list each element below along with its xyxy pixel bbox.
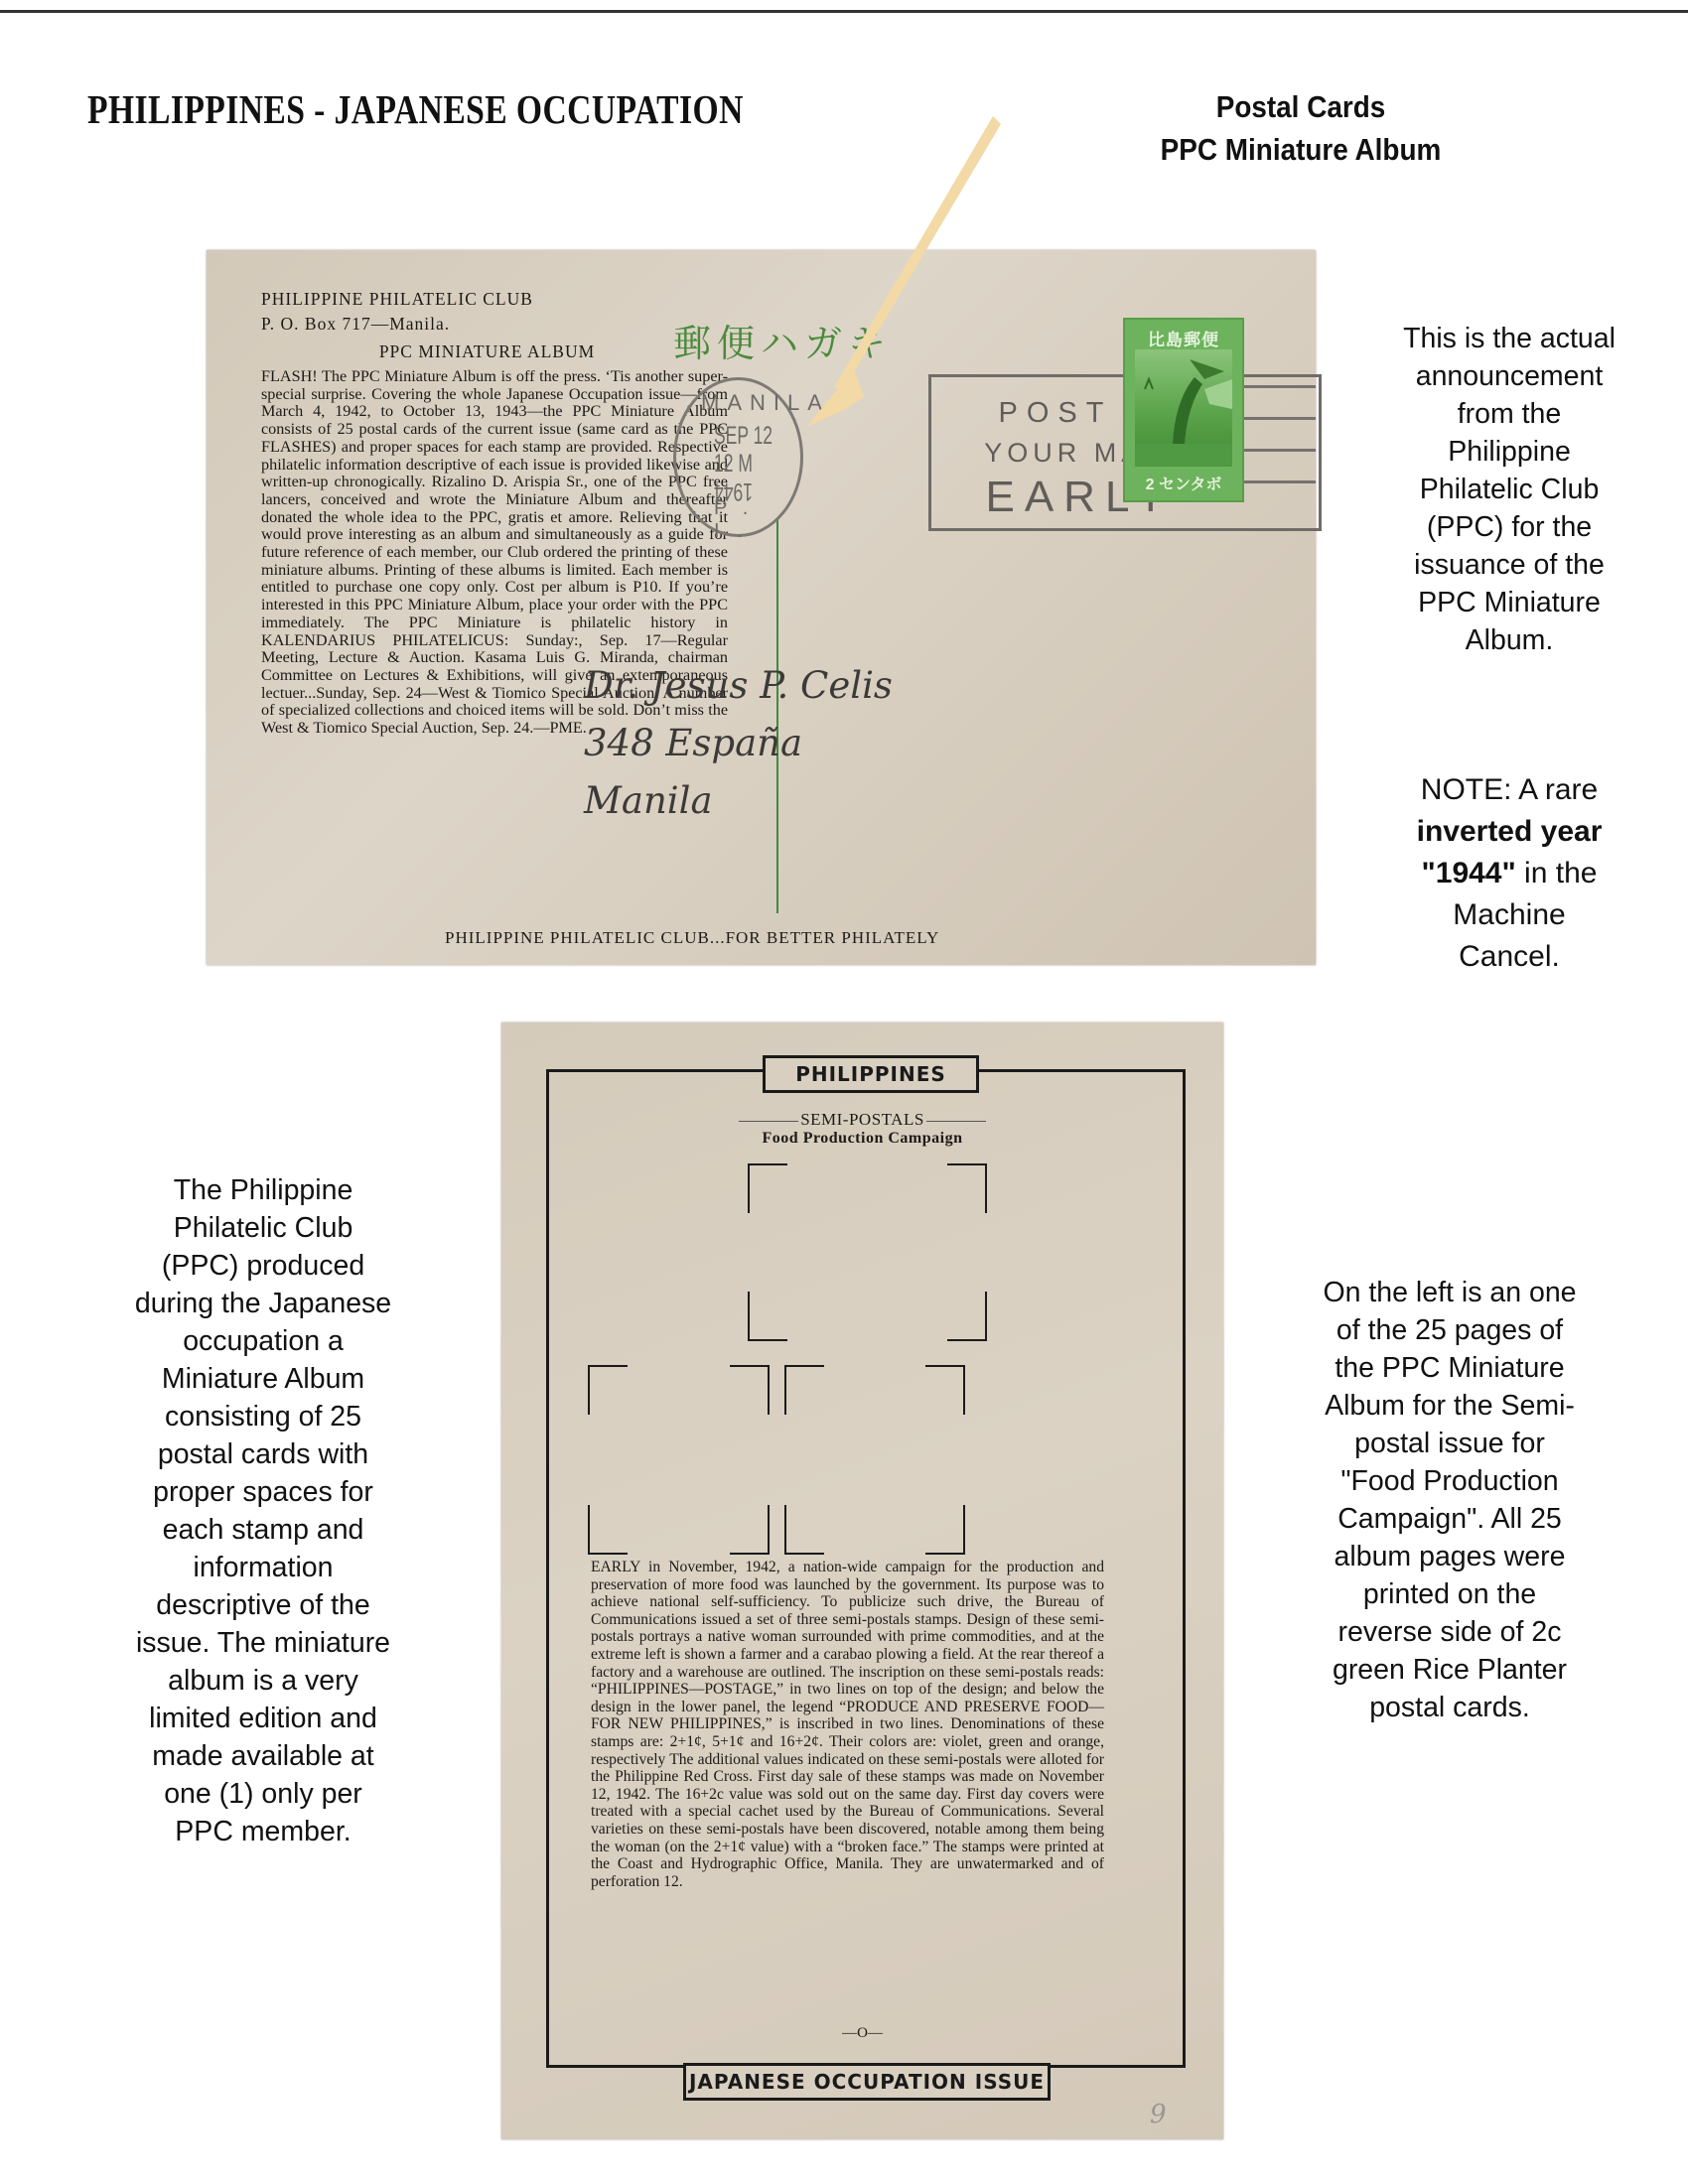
recipient-name: Dr. Jesus P. Celis [584, 657, 893, 715]
rice-planter-stamp: 比島郵便 2 センタボ [1123, 318, 1244, 502]
announcement-postal-card: PHILIPPINE PHILATELIC CLUB P. O. Box 717… [207, 250, 1316, 965]
country-label: PHILIPPINES [763, 1055, 979, 1093]
japanese-card-header: 郵便ハガキ [673, 313, 892, 367]
subtitle-line-1: Postal Cards [1140, 85, 1462, 128]
circular-date-postmark: MANILA SEP 12 12 M 1944 P. I. [673, 377, 803, 537]
issue-heading: SEMI-POSTALS Food Production Campaign [501, 1110, 1223, 1148]
stamp-value: 2 センタボ [1125, 472, 1242, 494]
card-footer-slogan: PHILIPPINE PHILATELIC CLUB...FOR BETTER … [445, 928, 939, 948]
issue-subtitle: Food Production Campaign [501, 1130, 1223, 1148]
stamp-inscription: 比島郵便 [1125, 326, 1242, 350]
postmark-country: P. I. [714, 497, 800, 543]
postmark-date: SEP 12 12 M 1944 [714, 422, 773, 505]
club-name: PHILIPPINE PHILATELIC CLUB [261, 287, 728, 312]
postmark-city: MANILA [701, 390, 830, 416]
note-inverted-year: NOTE: A rare inverted year "1944" in the… [1365, 769, 1653, 978]
recipient-city: Manila [584, 772, 893, 830]
note-announcement: This is the actual announcement from the… [1365, 320, 1653, 659]
announcement-heading: PPC MINIATURE ALBUM [246, 337, 728, 366]
album-page-card: PHILIPPINES SEMI-POSTALS Food Production… [501, 1023, 1223, 2139]
recipient-address: Dr. Jesus P. Celis 348 España Manila [584, 657, 893, 830]
issue-description: EARLY in November, 1942, a nation-wide c… [591, 1559, 1104, 1890]
club-address: P. O. Box 717—Manila. [261, 312, 728, 337]
cancel-wavy-line [1239, 385, 1316, 388]
page-top-rule [0, 10, 1688, 13]
note-album-page: On the left is an one of the 25 pages of… [1286, 1274, 1614, 1726]
cancel-wavy-line [1239, 417, 1316, 420]
section-title: SEMI-POSTALS [800, 1110, 924, 1129]
cancel-wavy-line [1239, 449, 1316, 452]
text-separator: —O— [501, 2025, 1223, 2042]
series-label: JAPANESE OCCUPATION ISSUE [683, 2063, 1051, 2101]
rice-planter-icon [1135, 349, 1232, 467]
subtitle-line-2: PPC Miniature Album [1140, 128, 1462, 171]
cancel-wavy-line [1239, 480, 1316, 483]
page-number: 9 [1150, 2100, 1167, 2129]
note-album-description: The Philippine Philatelic Club (PPC) pro… [94, 1171, 432, 1850]
recipient-street: 348 España [584, 715, 893, 772]
page-subtitle: Postal Cards PPC Miniature Album [1140, 85, 1462, 171]
page-title: PHILIPPINES - JAPANESE OCCUPATION [87, 85, 744, 133]
